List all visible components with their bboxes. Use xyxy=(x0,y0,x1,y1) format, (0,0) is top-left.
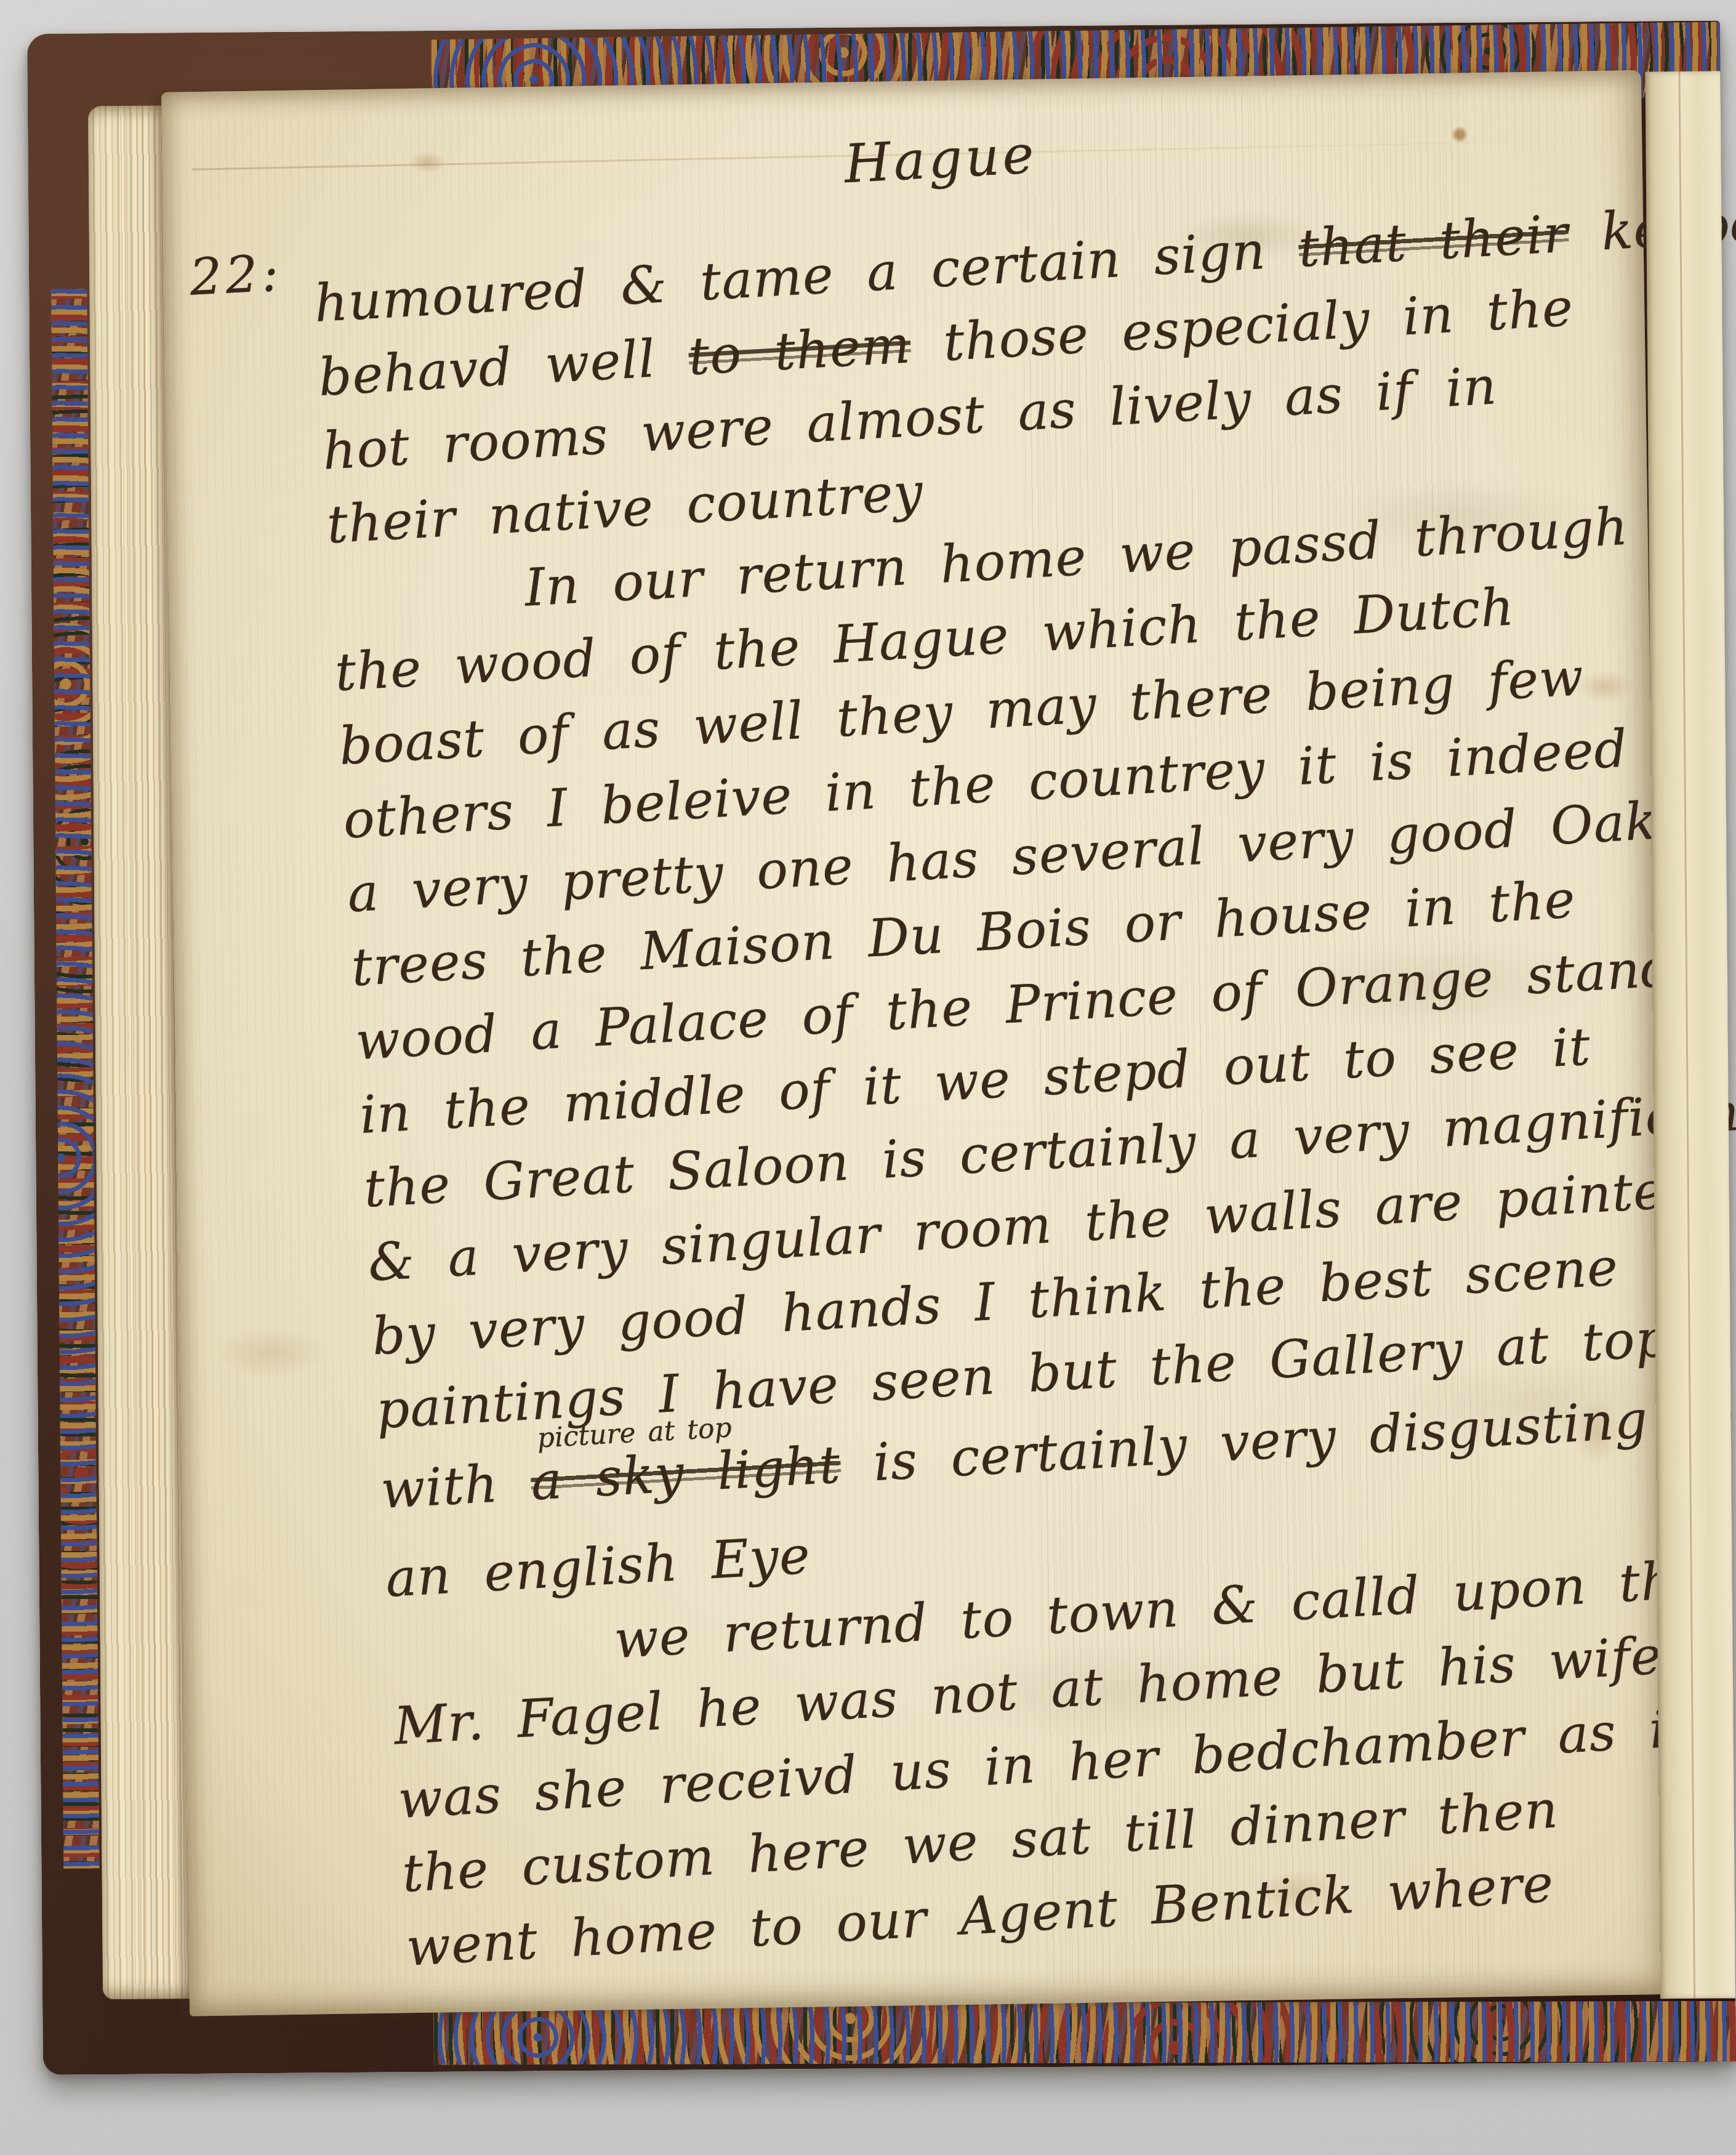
page-heading: Hague xyxy=(843,124,1038,195)
manuscript-lines: humoured & tame a certain sign that thei… xyxy=(313,198,1736,1991)
facing-page-fore-edge xyxy=(1646,71,1736,1999)
photo-of-manuscript: { "document": { "page_number": "22:", "h… xyxy=(0,0,1736,2155)
manuscript-page: 22: Hague humoured & tame a certain sign… xyxy=(161,70,1670,2016)
book-cover: 22: Hague humoured & tame a certain sign… xyxy=(27,21,1736,2075)
struck-text: to them xyxy=(687,314,912,387)
handwritten-text: with xyxy=(379,1452,532,1520)
page-number: 22: xyxy=(188,244,284,307)
struck-text: a sky lightpicture at top xyxy=(529,1434,842,1512)
marbled-paper-bottom-edge xyxy=(433,2001,1736,2065)
handwritten-text: an english Eye xyxy=(384,1525,812,1608)
